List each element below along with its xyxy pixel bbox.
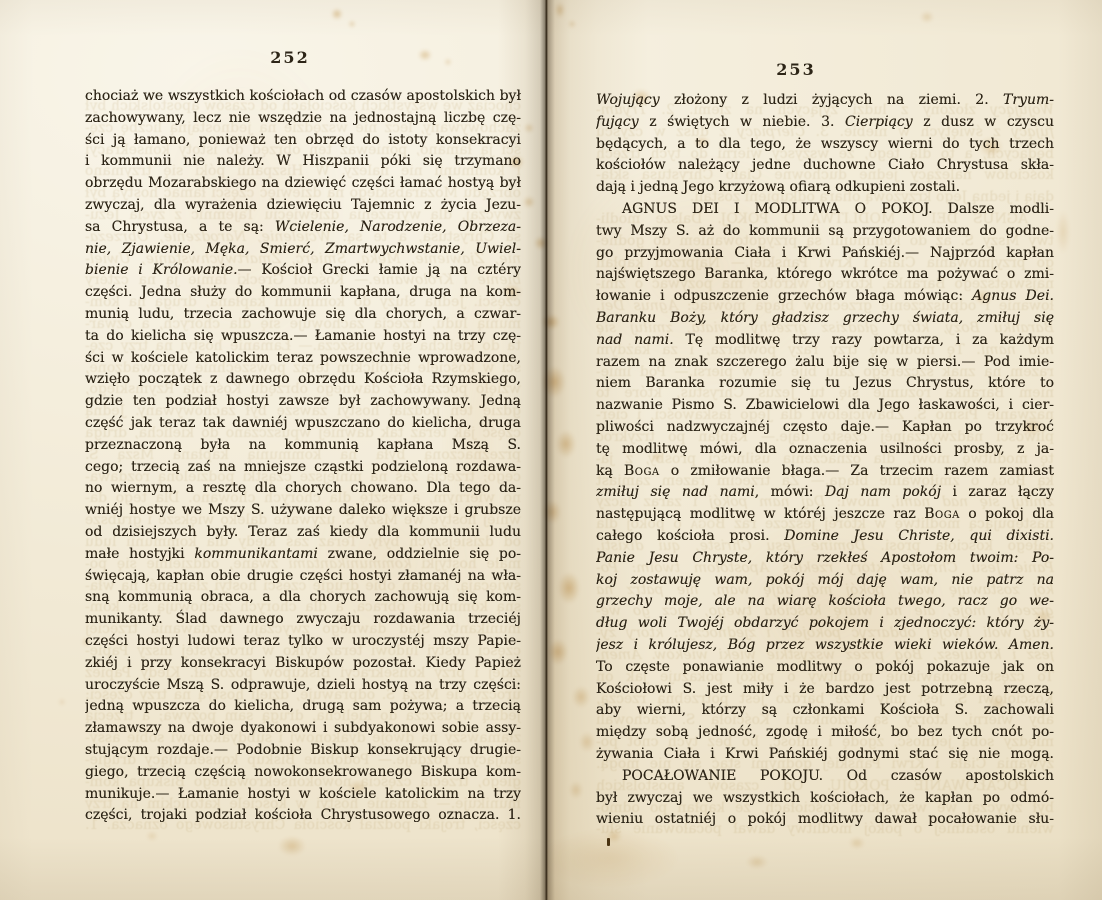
- text-line: najświętszego Baranka, którego wkrótce m…: [596, 264, 1054, 286]
- text-line: nazwanie Pismo S. Zbawicielowi dla Jego …: [596, 395, 1054, 417]
- stain: [540, 828, 680, 888]
- stain: [558, 572, 580, 604]
- text-line: wniéj hostye we Mszy S. używane daleko w…: [85, 500, 521, 522]
- page-252-lines: chociaż we wszystkich kościołach od czas…: [85, 86, 521, 827]
- stain: [556, 430, 576, 458]
- text-line: ści w kościele katolickim teraz powszech…: [85, 348, 521, 370]
- text-line: zmiłuj się nad nami, mówi: Daj nam pokój…: [596, 482, 1054, 504]
- stain: [849, 837, 865, 849]
- text-line: grzechy moje, ale na wiarę kościoła tweg…: [596, 591, 1054, 613]
- text-line: bienie i Królowanie.— Kościoł Grecki łam…: [85, 260, 521, 282]
- text-line: części. Jedna służy do kommunii kapłana,…: [85, 282, 521, 304]
- text-line: go przyjmowania Ciała i Krwi Pańskiéj.— …: [596, 243, 1054, 265]
- text-line: jedną wpuszcza do kielicha, drugą sam po…: [85, 696, 521, 718]
- text-line: Panie Jesu Chryste, który rzekłeś Aposto…: [596, 548, 1054, 570]
- text-line: wieniu ostatniéj o pokój modlitwy dawał …: [596, 809, 1054, 831]
- text-line: POCAŁOWANIE POKOJU. Od czasów apostolski…: [596, 766, 1054, 788]
- stain: [534, 236, 548, 250]
- text-line: od dzisiejszych były. Teraz zaś kiedy dl…: [85, 522, 521, 544]
- stain: [146, 831, 158, 841]
- stain: [572, 686, 590, 708]
- text-line: stującym rozdaje.— Podobnie Biskup konse…: [85, 740, 521, 762]
- text-line: nie, Zjawienie, Męka, Smierć, Zmartwychw…: [85, 239, 521, 261]
- text-line: Kościołowi S. jest miły i że bardzo jest…: [596, 679, 1054, 701]
- text-line: twy Mszy S. aż do kommunii są przygotowa…: [596, 221, 1054, 243]
- text-line: sną kommunią obraca, a dla chorych zacho…: [85, 587, 521, 609]
- text-line: ta do kielicha się wpuszcza.— Łamanie ho…: [85, 326, 521, 348]
- stain: [542, 366, 566, 398]
- text-line: zwyczaj, dla wyrażenia dziewięciu Tajemn…: [85, 195, 521, 217]
- text-line: był zwyczaj we wszystkich kościołach, że…: [596, 788, 1054, 810]
- text-line: część jak teraz tak dawniéj wpuszczano d…: [85, 413, 521, 435]
- stain: [1056, 210, 1070, 254]
- text-line: całego kościoła prosi. Domine Jesu Chris…: [596, 526, 1054, 548]
- text-line: przeznaczoną była na kommunią kapłana Ms…: [85, 435, 521, 457]
- stain: [542, 314, 560, 330]
- text-line: Baranku Boży, który gładzisz grzechy świ…: [596, 308, 1054, 330]
- stain: [524, 123, 534, 133]
- text-line: munikanty. Ślad dawnego zwyczaju rozdawa…: [85, 609, 521, 631]
- text-line: razem na znak szczerego żalu bije się w …: [596, 352, 1054, 374]
- stain: [543, 500, 561, 524]
- text-line: gdzie ten podział hostyi zawsze był zach…: [85, 391, 521, 413]
- text-line: będących, a to dla tego, że wszyscy wier…: [596, 134, 1054, 156]
- stain: [548, 639, 568, 665]
- book-spread-scan: 252 253 chociaż we wszystkich kościołach…: [0, 0, 1102, 900]
- text-line: żywania Ciała i Krwi Pańskiéj godnymi st…: [596, 744, 1054, 766]
- text-line: i kommunii nie należy. W Hiszpanii póki …: [85, 151, 521, 173]
- stain: [523, 196, 535, 208]
- text-line: cego; trzecią zaś na mniejsze cząstki po…: [85, 457, 521, 479]
- text-line: munikuje.— Łamanie hostyi w kościele kat…: [85, 784, 521, 806]
- text-line: złamawszy na dwoje dyakonowi i subdyakon…: [85, 718, 521, 740]
- stain: [348, 20, 356, 28]
- text-line: pliwości nadzwyczajnéj często daje.— Kap…: [596, 417, 1054, 439]
- text-line: wzięło początek z dawnego obrzędu Kościo…: [85, 369, 521, 391]
- text-line: zkiéj i przy konsekracyi Biskupów pozost…: [85, 653, 521, 675]
- text-line: dają i jedną Jego krzyżową ofiarą odkupi…: [596, 177, 1054, 199]
- text-line: części hostyi ludowi teraz tylko w urocz…: [85, 631, 521, 653]
- stain: [278, 836, 306, 856]
- text-line: aby wierni, którzy są członkami Kościoła…: [596, 700, 1054, 722]
- text-line: koj zostawuję wam, pokój mój daję wam, n…: [596, 570, 1054, 592]
- text-line: sa Chrystusa, a te są: Wcielenie, Narodz…: [85, 217, 521, 239]
- stain: [920, 11, 934, 23]
- text-line: obrzędu Mozarabskiego na dziewięć części…: [85, 173, 521, 195]
- text-line: giego, trzecią częścią nowokonsekrowaneg…: [85, 762, 521, 784]
- stain: [746, 855, 768, 869]
- ink-speck: [607, 838, 610, 846]
- text-line: AGNUS DEI I MODLITWA O POKOJ. Dalsze mod…: [596, 199, 1054, 221]
- text-line: To częste ponawianie modlitwy o pokój po…: [596, 657, 1054, 679]
- stain: [331, 8, 343, 20]
- text-line: uroczyście Mszą S. odprawuje, dzieli hos…: [85, 675, 521, 697]
- stain: [568, 20, 576, 28]
- text-line: części, trojaki podział kościoła Chrystu…: [85, 805, 521, 827]
- text-line: munią ludu, trzecia zachowuje się dla ch…: [85, 304, 521, 326]
- text-line: dług woli Twojéj obdarzyć pokojem i zjed…: [596, 613, 1054, 635]
- page-252-text-block: chociaż we wszystkich kościołach od czas…: [85, 86, 521, 827]
- text-line: Wojujący złożony z ludzi żyjących na zie…: [596, 90, 1054, 112]
- stain: [58, 698, 66, 706]
- text-line: święcają, kapłan obie drugie części host…: [85, 566, 521, 588]
- stain: [555, 2, 565, 18]
- page-number-left: 252: [85, 48, 495, 67]
- text-line: ką Boga o zmiłowanie błaga.— Za trzecim …: [596, 461, 1054, 483]
- text-line: jesz i królujesz, Bóg przez wszystkie wi…: [596, 635, 1054, 657]
- text-line: tę modlitwę mówi, dla oznaczenia usilnoś…: [596, 439, 1054, 461]
- text-line: chociaż we wszystkich kościołach od czas…: [85, 86, 521, 108]
- text-line: następującą modlitwę w któréj jeszcze ra…: [596, 504, 1054, 526]
- page-253-text-block: Wojujący złożony z ludzi żyjących na zie…: [596, 90, 1054, 831]
- text-line: fujący z świętych w niebie. 3. Cierpiący…: [596, 112, 1054, 134]
- page-number-right: 253: [596, 60, 996, 79]
- text-line: kościołów należący jedne duchowne Ciało …: [596, 155, 1054, 177]
- text-line: no wiernym, a resztę dla chorych chowano…: [85, 478, 521, 500]
- text-line: łowanie i odpuszczenie grzechów błaga mó…: [596, 286, 1054, 308]
- page-253-lines: Wojujący złożony z ludzi żyjących na zie…: [596, 90, 1054, 831]
- text-line: niem Baranka rozumie się tu Jezus Chryst…: [596, 373, 1054, 395]
- text-line: nad nami. Tę modlitwę trzy razy powtarza…: [596, 330, 1054, 352]
- text-line: między sobą jedność, zgodę i miłość, bo …: [596, 722, 1054, 744]
- text-line: zachowywany, lecz nie wszędzie na jednos…: [85, 108, 521, 130]
- text-line: ści ją łamano, ponieważ ten obrzęd do is…: [85, 130, 521, 152]
- text-line: małe hostyjki kommunikantami zwane, oddz…: [85, 544, 521, 566]
- stain: [579, 732, 595, 752]
- stain: [569, 781, 583, 799]
